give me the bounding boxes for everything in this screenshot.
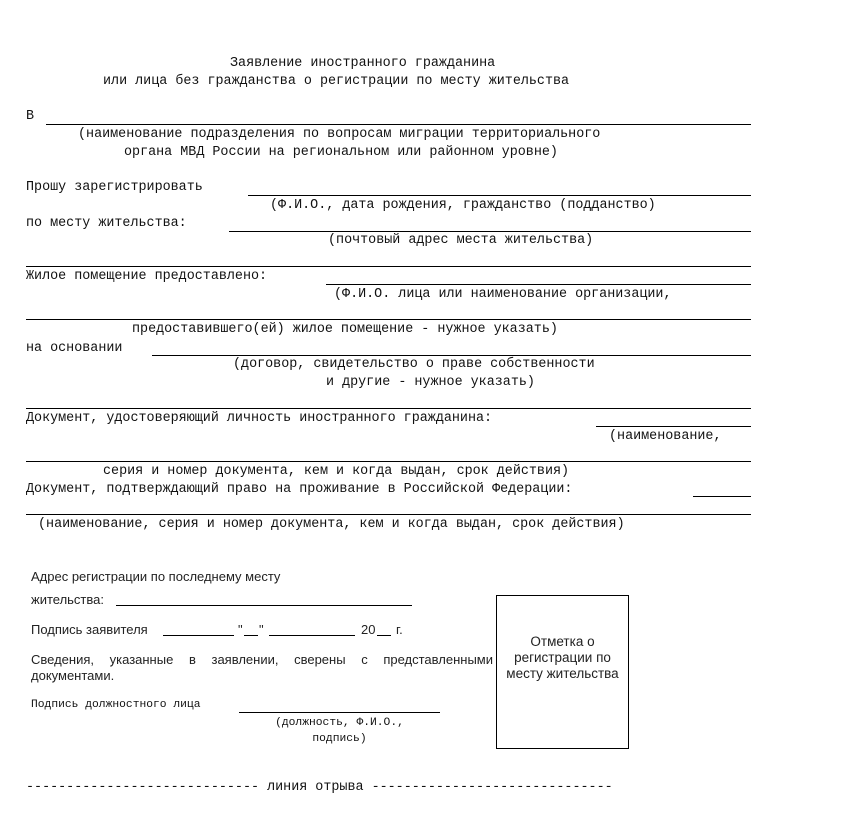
official-signature-label: Подпись должностного лица xyxy=(31,696,200,714)
date-day-field[interactable] xyxy=(244,635,258,636)
date-month-field[interactable] xyxy=(269,635,355,636)
basis-hint-line1: (договор, свидетельство о праве собствен… xyxy=(233,356,595,374)
request-label: Прошу зарегистрировать xyxy=(26,179,203,197)
tear-line: ----------------------------- линия отры… xyxy=(26,779,613,797)
recipient-hint-line2: органа МВД России на региональном или ра… xyxy=(124,144,558,162)
identity-doc-field-2[interactable] xyxy=(26,461,751,462)
identity-doc-label: Документ, удостоверяющий личность иностр… xyxy=(26,410,492,428)
tear-line-label: линия отрыва xyxy=(267,780,363,795)
housing-provider-field-2[interactable] xyxy=(26,319,751,320)
official-signature-hint-line2: подпись) xyxy=(239,730,440,748)
date-quote-open: " xyxy=(238,622,243,638)
applicant-signature-label: Подпись заявителя xyxy=(31,622,148,638)
previous-address-label-line1: Адрес регистрации по последнему месту xyxy=(31,569,280,585)
residence-label: по месту жительства: xyxy=(26,215,187,233)
tear-line-dashes-left: ----------------------------- xyxy=(26,780,259,795)
basis-hint-line2: и другие - нужное указать) xyxy=(326,374,535,392)
official-signature-field[interactable] xyxy=(239,712,440,713)
identity-doc-field[interactable] xyxy=(596,426,751,427)
request-hint: (Ф.И.О., дата рождения, гражданство (под… xyxy=(270,197,656,215)
residence-doc-hint: (наименование, серия и номер документа, … xyxy=(38,516,625,534)
residence-doc-label: Документ, подтверждающий право на прожив… xyxy=(26,481,572,499)
recipient-prefix: В xyxy=(26,108,34,126)
housing-label: Жилое помещение предоставлено: xyxy=(26,268,267,286)
date-year-field[interactable] xyxy=(377,635,391,636)
applicant-signature-field[interactable] xyxy=(163,635,234,636)
date-year-prefix: 20 xyxy=(361,622,375,638)
residence-doc-field[interactable] xyxy=(693,496,751,497)
residence-doc-field-2[interactable] xyxy=(26,514,751,515)
form-title-line2: или лица без гражданства о регистрации п… xyxy=(103,73,569,91)
verification-text: Сведения, указанные в заявлении, сверены… xyxy=(31,652,493,684)
recipient-field[interactable] xyxy=(46,124,751,125)
previous-address-label-line2: жительства: xyxy=(31,592,104,608)
previous-address-field[interactable] xyxy=(116,605,412,606)
form-title-line1: Заявление иностранного гражданина xyxy=(230,55,495,73)
registration-stamp-box: Отметка о регистрации по месту жительств… xyxy=(496,595,629,749)
basis-field-2[interactable] xyxy=(26,408,751,409)
tear-line-dashes-right: ------------------------------ xyxy=(372,780,613,795)
residence-address-field-2[interactable] xyxy=(26,266,751,267)
date-year-suffix: г. xyxy=(396,622,403,638)
identity-doc-hint-line1: (наименование, xyxy=(609,428,722,446)
basis-label: на основании xyxy=(26,340,122,358)
residence-hint: (почтовый адрес места жительства) xyxy=(328,232,593,250)
date-quote-close: " xyxy=(259,622,264,638)
housing-provider-field[interactable] xyxy=(326,284,751,285)
housing-hint-line1: (Ф.И.О. лица или наименование организаци… xyxy=(334,286,672,304)
applicant-name-field[interactable] xyxy=(248,195,751,196)
registration-stamp-label: Отметка о регистрации по месту жительств… xyxy=(497,634,628,710)
recipient-hint-line1: (наименование подразделения по вопросам … xyxy=(78,126,600,144)
identity-doc-hint-line2: серия и номер документа, кем и когда выд… xyxy=(103,463,569,481)
housing-hint-line2: предоставившего(ей) жилое помещение - ну… xyxy=(132,321,558,339)
